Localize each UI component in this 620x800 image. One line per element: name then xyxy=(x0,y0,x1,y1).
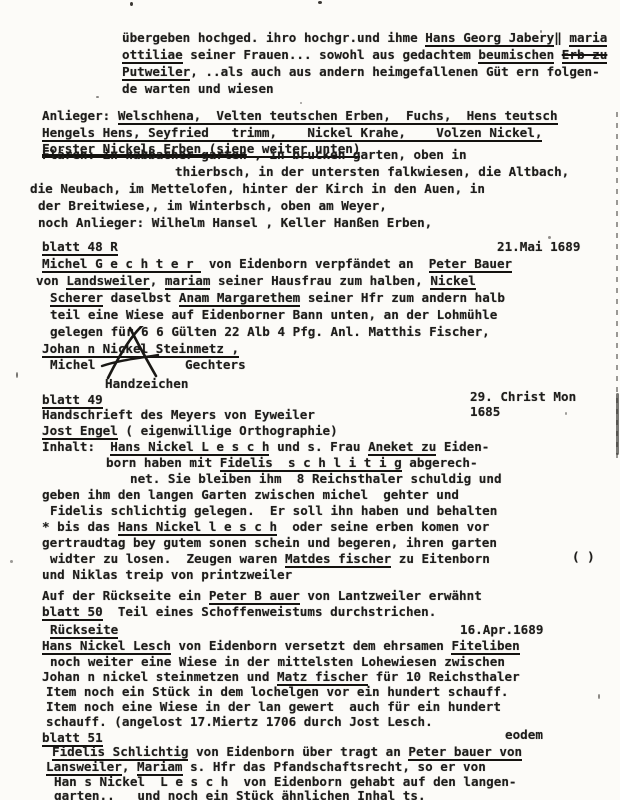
text-segment: * bis das xyxy=(42,519,118,534)
text-segment-marked: ottiliae xyxy=(122,47,183,64)
text-segment: Item noch ein Stück in dem lochelgen vor… xyxy=(46,684,509,699)
text-line: Rückseite xyxy=(50,622,118,639)
text-segment: abgerech- xyxy=(402,455,478,470)
text-segment: , ..als auch aus andern heimgefallenen G… xyxy=(190,64,599,79)
text-line: born haben mit Fidelis s c h l i t i g a… xyxy=(106,455,478,472)
text-segment: ‖ xyxy=(554,30,569,45)
text-segment: von Lantzweiler erwähnt xyxy=(300,588,482,603)
text-segment-marked: Fidelis s c h l i t i g xyxy=(220,455,402,472)
text-line: die Neubach, im Mettelofen, hinter der K… xyxy=(30,181,485,196)
scan-speck xyxy=(318,1,322,4)
text-segment: Teil eines Schoffenweistums durchstriche… xyxy=(103,604,437,619)
text-segment: und s. Frau xyxy=(269,439,368,454)
text-line: übergeben hochged. ihro hochgr.und ihme … xyxy=(122,30,607,47)
text-line: ( ) xyxy=(572,549,595,564)
scan-speck xyxy=(565,412,567,415)
text-line: noch Anlieger: Wilhelm Hansel , Keller H… xyxy=(38,215,432,230)
text-segment: Item noch eine Wiese in der lan gewert a… xyxy=(46,699,501,714)
text-line: 1685 xyxy=(470,404,500,419)
text-segment: seiner Frauen... sowohl aus gedachtem xyxy=(183,47,479,62)
text-segment-marked: Erb zu xyxy=(562,47,608,64)
text-segment-marked: Michel G e c h t e r xyxy=(42,256,201,273)
text-line: * bis das Hans Nickel l e s c h oder sei… xyxy=(42,519,489,536)
text-segment: Michel xyxy=(50,357,96,372)
text-segment-marked: maria xyxy=(569,30,607,47)
text-line: Gechters xyxy=(185,357,246,372)
text-segment: der Breitwiese,, im Winterbsch, oben am … xyxy=(38,198,387,213)
text-line: Scherer daselbst Anam Margarethem seiner… xyxy=(50,290,505,307)
scan-speck xyxy=(540,30,542,33)
text-segment: noch Anlieger: Wilhelm Hansel , Keller H… xyxy=(38,215,432,230)
text-line: Flären: in habbacher garten , in brucken… xyxy=(42,147,467,162)
text-segment: eodem xyxy=(505,727,543,742)
text-segment: die Neubach, im Mettelofen, hinter der K… xyxy=(30,181,485,196)
scan-speck xyxy=(300,102,302,104)
text-line: blatt 48 R xyxy=(42,239,118,256)
text-segment: von Eidenborn über tragt an xyxy=(188,744,408,759)
text-segment: Handschrieft des Meyers von Eyweiler xyxy=(42,407,315,422)
text-line: Hans Nickel Lesch von Eidenborn versetzt… xyxy=(42,638,520,655)
text-segment: 1685 xyxy=(470,404,500,419)
text-line: 16.Apr.1689 xyxy=(460,622,543,637)
text-segment: noch weiter eine Wiese in der mittelsten… xyxy=(50,654,505,669)
text-segment-marked: mariam xyxy=(165,273,211,290)
text-line: Fidelis schlichtig gelegen. Er soll ihn … xyxy=(50,503,497,518)
text-line: net. Sie bleiben ihm 8 Reichsthaler schu… xyxy=(130,471,502,486)
text-segment: und Niklas treip von printzweiler xyxy=(42,567,292,582)
text-segment: von xyxy=(36,273,66,288)
text-line: gertraudtag bey gutem sonen schein und b… xyxy=(42,535,497,550)
text-segment: Inhalt: xyxy=(42,439,110,454)
text-segment-marked: Scherer xyxy=(50,290,103,307)
text-segment: , xyxy=(122,759,137,774)
scan-speck xyxy=(130,2,133,6)
scan-edge-mark xyxy=(616,393,619,455)
text-line: garten.. und noch ein Stück ähnlichen In… xyxy=(54,788,426,800)
text-line: Michel xyxy=(50,357,96,372)
text-line: blatt 50 Teil eines Schoffenweistums dur… xyxy=(42,604,436,621)
scanned-document-page: übergeben hochged. ihro hochgr.und ihme … xyxy=(0,0,620,800)
text-segment: 29. Christ Mon xyxy=(470,389,576,404)
text-segment: ( ) xyxy=(572,549,595,564)
text-segment-marked: Flären: in habbacher garten xyxy=(42,147,247,162)
text-line: Handschrieft des Meyers von Eyweiler xyxy=(42,407,315,422)
text-line: von Landsweiler, mariam seiner Hausfrau … xyxy=(36,273,476,290)
text-line: 29. Christ Mon xyxy=(470,389,576,404)
text-segment: gertraudtag bey gutem sonen schein und b… xyxy=(42,535,497,550)
text-segment-marked: Nickel xyxy=(430,273,476,290)
text-line: Han s Nickel L e s c h von Eidenborn geh… xyxy=(54,774,517,789)
scan-speck xyxy=(16,372,18,378)
text-segment-marked: blatt 50 xyxy=(42,604,103,621)
text-segment: übergeben hochged. ihro hochgr.und ihme xyxy=(122,30,425,45)
scan-speck xyxy=(10,560,13,563)
text-line: widter zu losen. Zeugen waren Matdes fis… xyxy=(50,551,490,568)
text-line: Jost Engel ( eigenwillige Orthographie) xyxy=(42,423,338,440)
text-segment: 16.Apr.1689 xyxy=(460,622,543,637)
text-segment: net. Sie bleiben ihm 8 Reichsthaler schu… xyxy=(130,471,502,486)
text-segment-marked: Hans Nickel l e s c h xyxy=(118,519,277,536)
text-segment: Johan n nickel steinmetzen und xyxy=(42,669,277,684)
text-segment: de warten und wiesen xyxy=(122,81,274,96)
text-segment-marked: Hans Nickel Lesch xyxy=(42,638,171,655)
text-segment: für 10 Reichsthaler xyxy=(368,669,520,684)
text-segment: thierbsch, in der untersten falkwiesen, … xyxy=(175,164,569,179)
handzeichen-cross-icon xyxy=(100,326,172,380)
text-segment: von Eidenborn verpfändet an xyxy=(201,256,428,271)
text-segment-marked: Hans Nickel L e s c h xyxy=(110,439,269,456)
text-segment-marked: Hengels Hens, Seyfried trimm, Nickel Kra… xyxy=(42,125,542,142)
text-segment: Han s Nickel L e s c h von Eidenborn geh… xyxy=(54,774,517,789)
scan-speck xyxy=(548,236,551,239)
text-segment: s. Hfr das Pfandschaftsrecht, so er von xyxy=(183,759,486,774)
text-line: Item noch eine Wiese in der lan gewert a… xyxy=(46,699,501,714)
text-segment: geben ihm den langen Garten zwischen mic… xyxy=(42,487,459,502)
text-segment: Anlieger: xyxy=(42,108,118,123)
text-segment: oder seine erben komen vor xyxy=(277,519,489,534)
text-segment: Fidelis schlichtig gelegen. Er soll ihn … xyxy=(50,503,497,518)
text-segment: teil eine Wiese auf Eidenborner Bann unt… xyxy=(50,307,497,322)
text-line: ottiliae seiner Frauen... sowohl aus ged… xyxy=(122,47,607,64)
text-segment-marked: blatt 48 R xyxy=(42,239,118,256)
text-segment-marked: Putweiler xyxy=(122,64,190,81)
text-segment-marked: Jost Engel xyxy=(42,423,118,440)
text-line: eodem xyxy=(505,727,543,742)
text-segment: schauff. (angelost 17.Miertz 1706 durch … xyxy=(46,714,433,729)
text-segment: ( eigenwillige Orthographie) xyxy=(118,423,338,438)
text-segment: zu Eitenborn xyxy=(391,551,490,566)
text-segment: widter zu losen. Zeugen waren xyxy=(50,551,285,566)
text-segment-marked: Hans Georg Jabery xyxy=(425,30,554,47)
text-segment: born haben mit xyxy=(106,455,220,470)
scan-speck xyxy=(96,96,99,98)
text-segment: , xyxy=(150,273,165,288)
text-segment xyxy=(554,47,562,62)
text-segment: Eiden- xyxy=(436,439,489,454)
text-line: Anlieger: Welschhena, Velten teutschen E… xyxy=(42,108,558,125)
text-segment: 21.Mai 1689 xyxy=(497,239,580,254)
text-line: und Niklas treip von printzweiler xyxy=(42,567,292,582)
text-segment-marked: beumischen xyxy=(478,47,554,64)
text-segment: , in brucken garten, oben in xyxy=(247,147,467,162)
text-segment-marked: Anam Margarethem xyxy=(179,290,300,307)
text-line: der Breitwiese,, im Winterbsch, oben am … xyxy=(38,198,387,213)
text-line: Michel G e c h t e r von Eidenborn verpf… xyxy=(42,256,512,273)
text-line: teil eine Wiese auf Eidenborner Bann unt… xyxy=(50,307,497,322)
scan-speck xyxy=(598,694,600,699)
text-line: Auf der Rückseite ein Peter B auer von L… xyxy=(42,588,482,605)
text-segment: garten.. und noch ein Stück ähnlichen In… xyxy=(54,788,426,800)
text-line: Inhalt: Hans Nickel L e s c h und s. Fra… xyxy=(42,439,489,456)
text-segment-marked: Welschhena, Velten teutschen Erben, Fuch… xyxy=(118,108,558,125)
text-line: Hengels Hens, Seyfried trimm, Nickel Kra… xyxy=(42,125,542,142)
text-line: Putweiler, ..als auch aus andern heimgef… xyxy=(122,64,600,81)
text-line: Item noch ein Stück in dem lochelgen vor… xyxy=(46,684,509,699)
text-line: de warten und wiesen xyxy=(122,81,274,96)
text-segment-marked: Aneket zu xyxy=(368,439,436,456)
text-segment-marked: Matdes fischer xyxy=(285,551,391,568)
text-segment: seiner Hfr zum andern halb xyxy=(300,290,505,305)
text-line: schauff. (angelost 17.Miertz 1706 durch … xyxy=(46,714,433,729)
text-segment-marked: Peter Bauer xyxy=(429,256,512,273)
text-segment: daselbst xyxy=(103,290,179,305)
text-segment: Gechters xyxy=(185,357,246,372)
text-segment: seiner Hausfrau zum halben, xyxy=(210,273,430,288)
text-segment: von Eidenborn versetzt dem ehrsamen xyxy=(171,638,452,653)
text-segment: Auf der Rückseite ein xyxy=(42,588,209,603)
text-line: 21.Mai 1689 xyxy=(497,239,580,254)
text-segment-marked: Rückseite xyxy=(50,622,118,639)
text-segment-marked: Fiteliben xyxy=(451,638,519,655)
text-line: noch weiter eine Wiese in der mittelsten… xyxy=(50,654,505,669)
text-segment-marked: Peter B auer xyxy=(209,588,300,605)
text-line: geben ihm den langen Garten zwischen mic… xyxy=(42,487,459,502)
text-segment-marked: Landsweiler xyxy=(66,273,149,290)
text-line: thierbsch, in der untersten falkwiesen, … xyxy=(175,164,569,179)
